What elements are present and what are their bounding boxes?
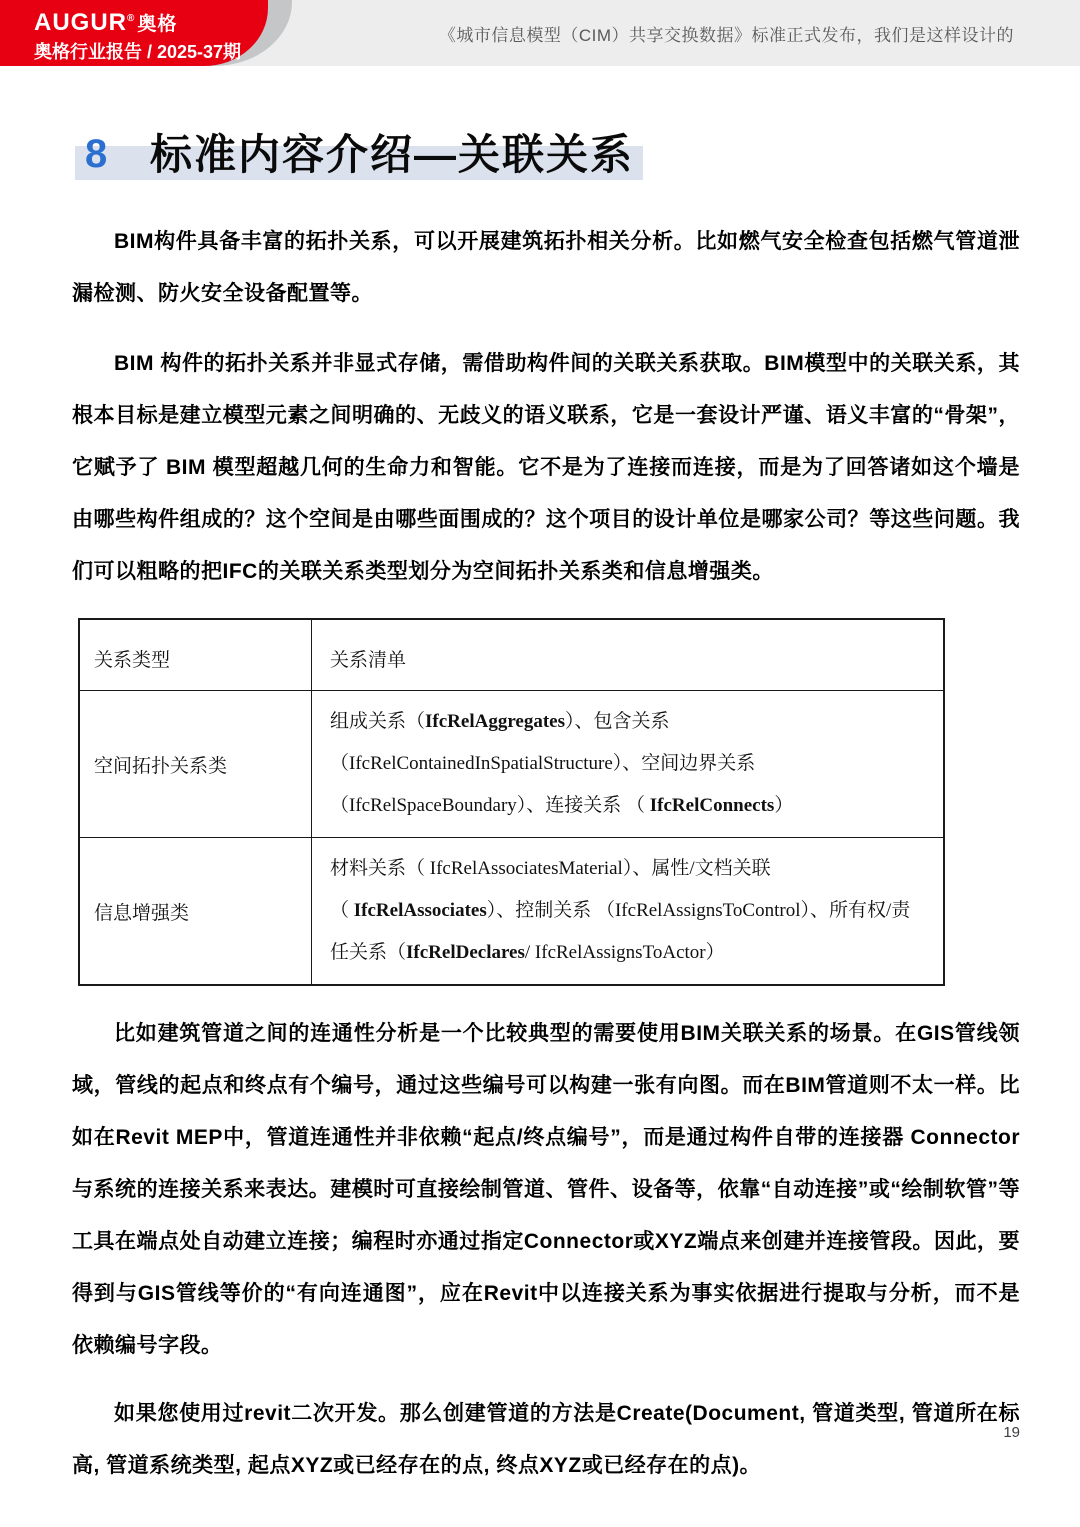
report-issue-label: 奥格行业报告 / 2025-37期 (34, 38, 241, 64)
header-running-title: 《城市信息模型（CIM）共享交换数据》标准正式发布，我们是这样设计的 (439, 0, 1014, 66)
table-row: 空间拓扑关系类 组成关系（IfcRelAggregates）、包含关系（IfcR… (79, 691, 944, 838)
section-number: 8 (85, 132, 107, 177)
relation-type-cell: 信息增强类 (79, 838, 312, 986)
relation-type-cell: 空间拓扑关系类 (79, 691, 312, 838)
registered-mark: ® (127, 13, 135, 24)
column-header-relation-type: 关系类型 (79, 619, 312, 691)
brand-logo: AUGUR®奥格 (34, 9, 177, 37)
table-header-row: 关系类型 关系清单 (79, 619, 944, 691)
brand-banner: AUGUR®奥格 奥格行业报告 / 2025-37期 (0, 0, 268, 66)
page-title: 标准内容介绍—关联关系 (150, 122, 634, 182)
table-cell-line: 任关系（IfcRelDeclares/ IfcRelAssignsToActor… (330, 932, 929, 974)
section-title-row: 8 标准内容介绍—关联关系 (0, 120, 1080, 202)
paragraph: BIM构件具备丰富的拓扑关系，可以开展建筑拓扑相关分析。比如燃气安全检查包括燃气… (72, 216, 1020, 320)
relation-list-cell: 材料关系（ IfcRelAssociatesMaterial）、属性/文档关联（… (312, 838, 945, 986)
table-cell-line: （ IfcRelAssociates）、控制关系 （IfcRelAssignsT… (330, 890, 929, 932)
brand-logo-cn: 奥格 (137, 14, 177, 35)
relation-list-cell: 组成关系（IfcRelAggregates）、包含关系（IfcRelContai… (312, 691, 945, 838)
brand-logo-latin: AUGUR (34, 9, 127, 36)
table-cell-line: 材料关系（ IfcRelAssociatesMaterial）、属性/文档关联 (330, 848, 929, 890)
table-cell-line: 组成关系（IfcRelAggregates）、包含关系 (330, 701, 929, 743)
paragraph: 比如建筑管道之间的连通性分析是一个比较典型的需要使用BIM关联关系的场景。在GI… (72, 1008, 1020, 1372)
page-number: 19 (1003, 1424, 1020, 1441)
paragraph: 如果您使用过revit二次开发。那么创建管道的方法是Create(Documen… (72, 1388, 1020, 1492)
relationship-table: 关系类型 关系清单 空间拓扑关系类 组成关系（IfcRelAggregates）… (78, 618, 945, 986)
table-cell-line: （IfcRelSpaceBoundary）、连接关系 （ IfcRelConne… (330, 785, 929, 827)
table-row: 信息增强类 材料关系（ IfcRelAssociatesMaterial）、属性… (79, 838, 944, 986)
table-cell-line: （IfcRelContainedInSpatialStructure）、空间边界… (330, 743, 929, 785)
paragraph: BIM 构件的拓扑关系并非显式存储，需借助构件间的关联关系获取。BIM模型中的关… (72, 338, 1020, 598)
report-page: AUGUR®奥格 奥格行业报告 / 2025-37期 《城市信息模型（CIM）共… (0, 0, 1080, 1527)
column-header-relation-list: 关系清单 (312, 619, 945, 691)
page-header: AUGUR®奥格 奥格行业报告 / 2025-37期 《城市信息模型（CIM）共… (0, 0, 1080, 66)
